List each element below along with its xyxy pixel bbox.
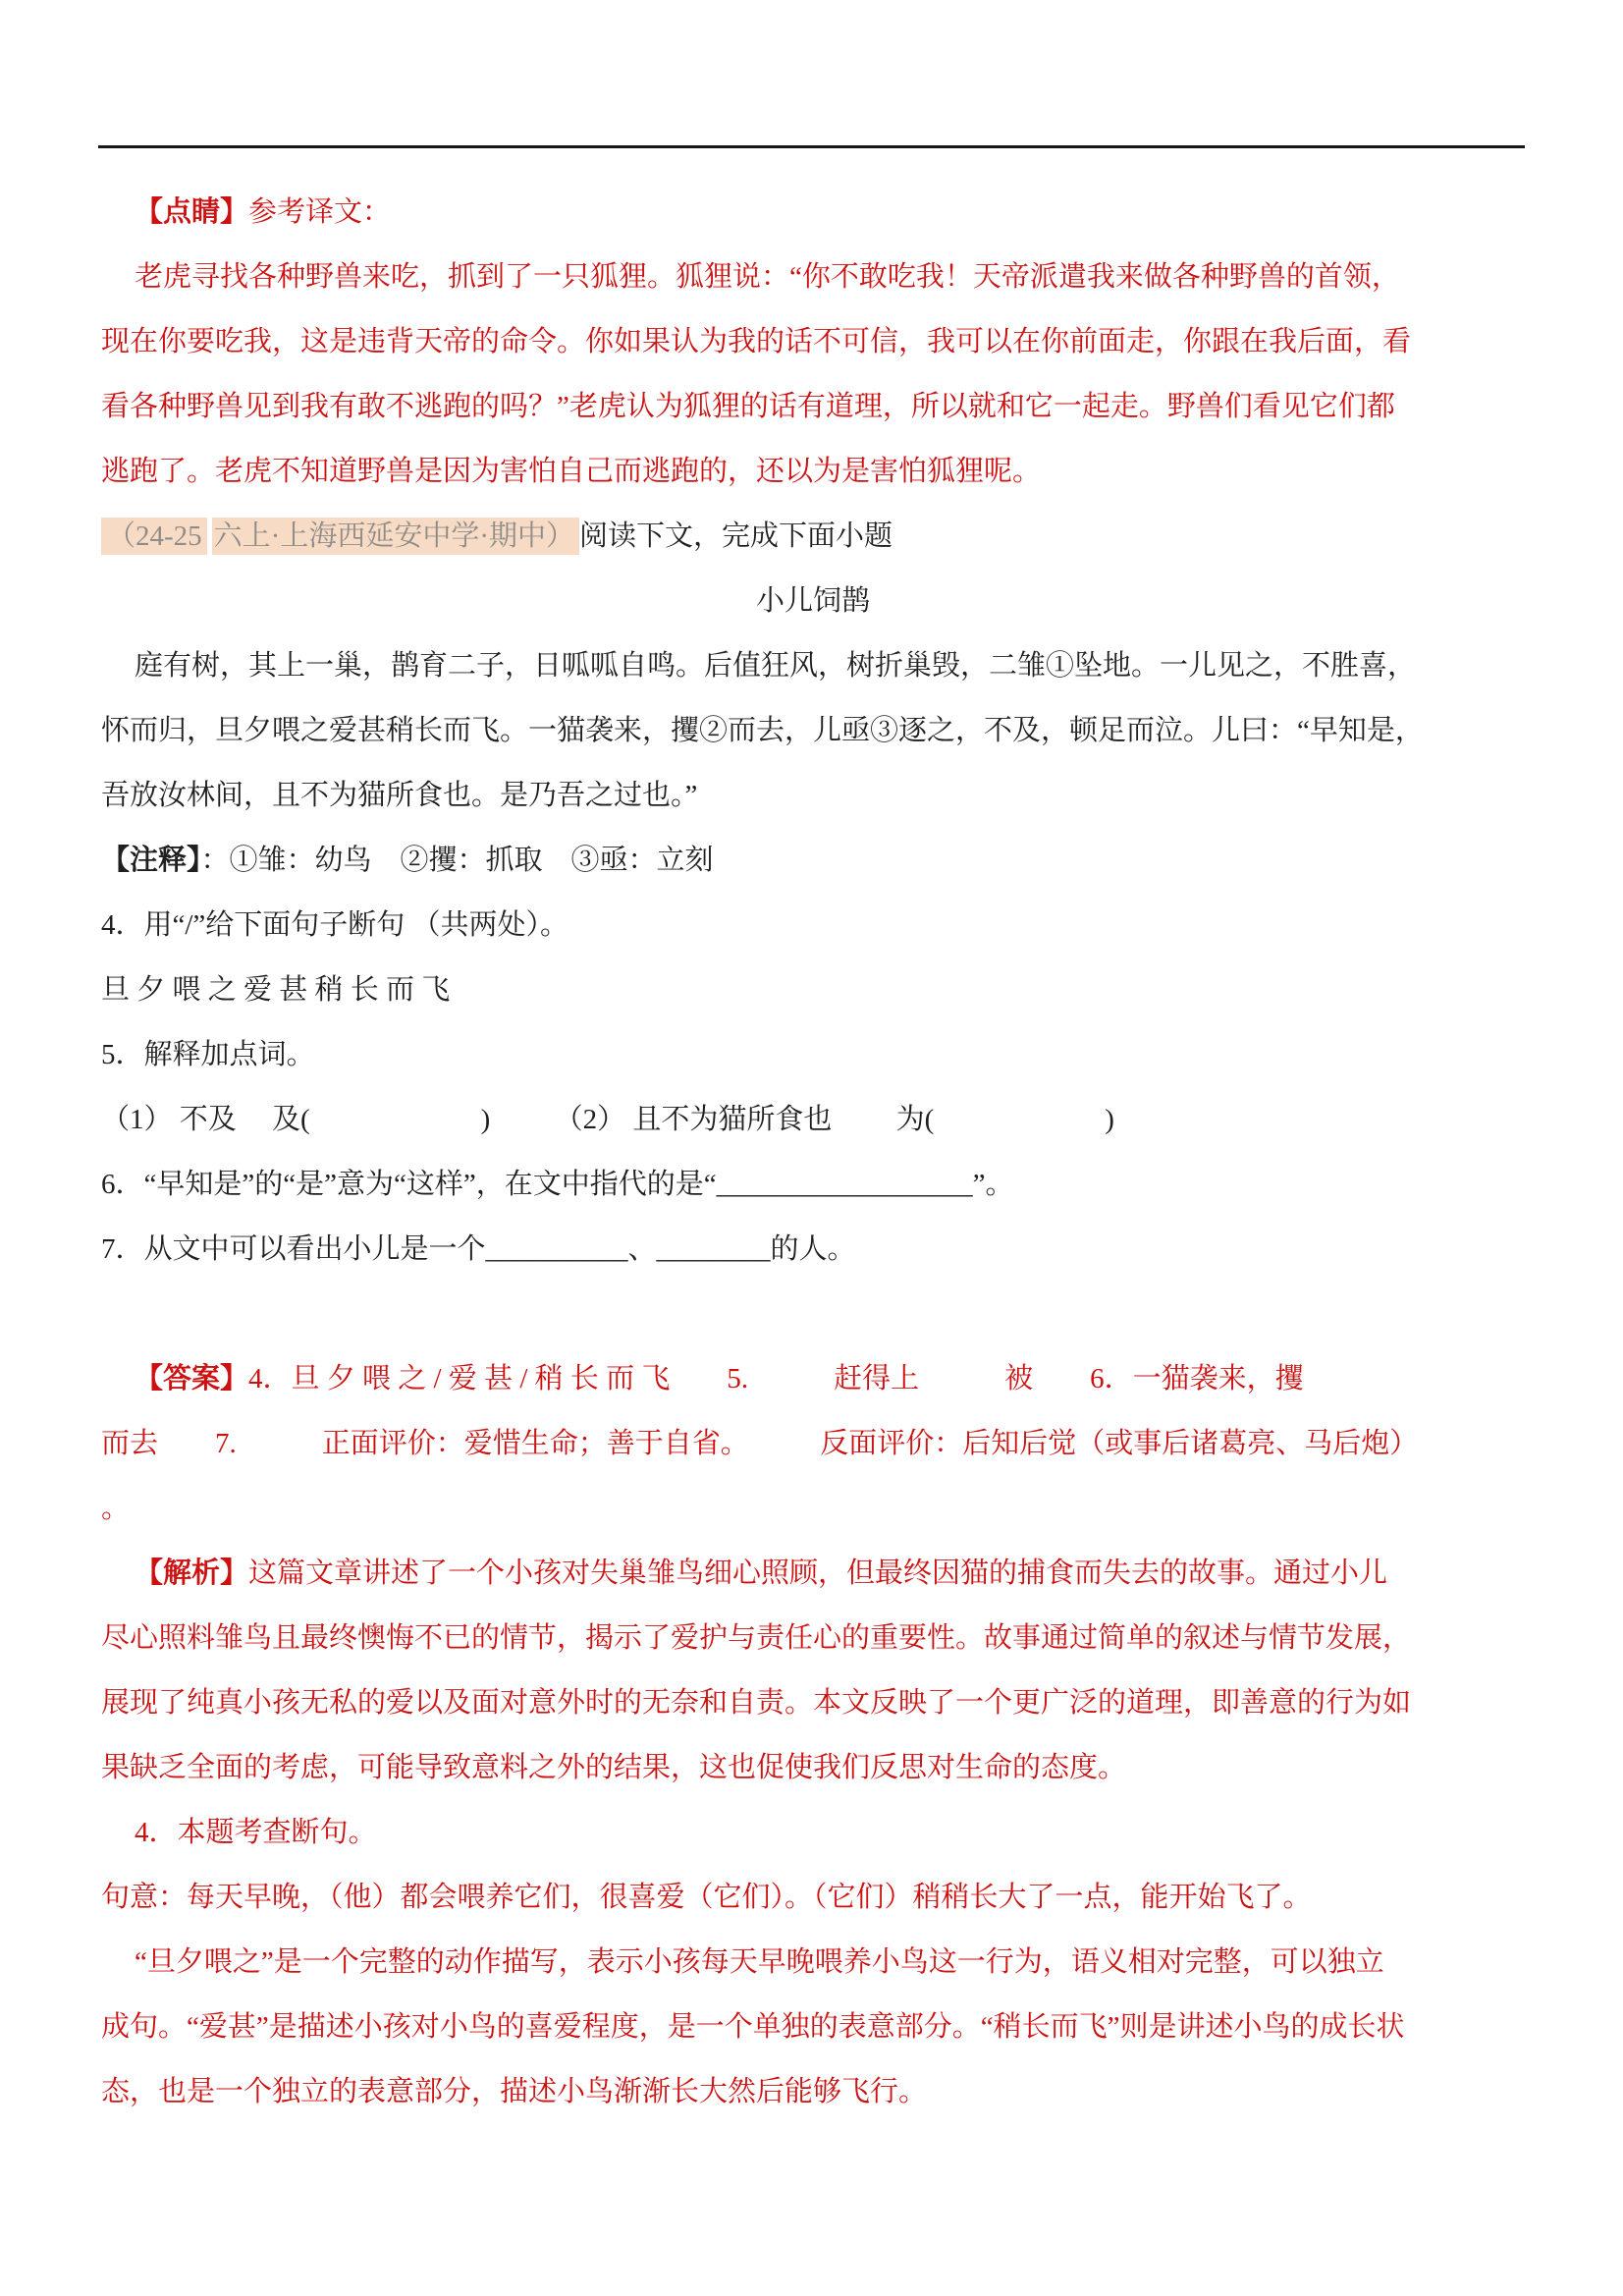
notes-line: 【注释】：①雏：幼鸟 ②攫：抓取 ③亟：立刻 [101, 828, 1525, 893]
translation-line-4: 逃跑了。老虎不知道野兽是因为害怕自己而逃跑的，还以为是害怕狐狸呢。 [101, 439, 1525, 504]
document-content: 【点睛】参考译文： 老虎寻找各种野兽来吃，抓到了一只狐狸。狐狸说：“你不敢吃我！… [101, 180, 1525, 2124]
answer-line-2: 而去 7. 正面评价：爱惜生命；善于自省。 反面评价：后知后觉（或事后诸葛亮、马… [101, 1411, 1525, 1476]
explanation-line-1: 句意：每天早晚，（他）都会喂养它们，很喜爱（它们）。（它们）稍稍长大了一点，能开… [101, 1865, 1525, 1930]
question-4: 4．用“/”给下面句子断句 （共两处）。 [101, 893, 1525, 957]
dianjing-intro: 参考译文： [248, 196, 391, 228]
question-6: 6．“早知是”的“是”意为“这样”，在文中指代的是“______________… [101, 1152, 1525, 1217]
analysis-line-4: 果缺乏全面的考虑，可能导致意料之外的结果，这也促使我们反思对生命的态度。 [101, 1735, 1525, 1800]
answer-line-1-text: 4．旦 夕 喂 之 / 爱 甚 / 稍 长 而 飞 5. 赶得上 被 6．一猫袭… [248, 1363, 1304, 1394]
translation-line-3: 看各种野兽见到我有敢不逃跑的吗？”老虎认为狐狸的话有道理，所以就和它一起走。野兽… [101, 374, 1525, 439]
question-4-sentence: 旦 夕 喂 之 爱 甚 稍 长 而 飞 [101, 957, 1525, 1022]
question-7: 7．从文中可以看出小儿是一个__________、________的人。 [101, 1217, 1525, 1282]
question-5: 5．解释加点词。 [101, 1022, 1525, 1087]
analysis-line-3: 展现了纯真小孩无私的爱以及面对意外时的无奈和自责。本文反映了一个更广泛的道理，即… [101, 1670, 1525, 1735]
explanation-line-2: “旦夕喂之”是一个完整的动作描写，表示小孩每天早晚喂养小鸟这一行为，语义相对完整… [101, 1930, 1525, 1995]
question-5-items: （1） 不及 及( ) （2） 且不为猫所食也 为( ) [101, 1087, 1525, 1152]
translation-line-1: 老虎寻找各种野兽来吃，抓到了一只狐狸。狐狸说：“你不敢吃我！天帝派遣我来做各种野… [101, 245, 1525, 309]
analysis-label: 【解析】 [135, 1558, 248, 1589]
answer-label: 【答案】 [135, 1363, 248, 1394]
source-tag-year: （24-25 [101, 518, 207, 555]
notes-text: ：①雏：幼鸟 ②攫：抓取 ③亟：立刻 [201, 845, 714, 876]
analysis-line-2: 尽心照料雏鸟且最终懊悔不已的情节，揭示了爱护与责任心的重要性。故事通过简单的叙述… [101, 1606, 1525, 1670]
blank-line [101, 1282, 1525, 1346]
dianjing-heading-line: 【点睛】参考译文： [101, 180, 1525, 245]
analysis-line-1: 【解析】这篇文章讲述了一个小孩对失巢雏鸟细心照顾，但最终因猫的捕食而失去的故事。… [101, 1541, 1525, 1606]
passage-title: 小儿饲鹊 [101, 569, 1525, 633]
exercise-instruction: 阅读下文，完成下面小题 [579, 520, 893, 552]
source-tag-school: 六上·上海西延安中学·期中） [212, 518, 579, 555]
document-page: 【点睛】参考译文： 老虎寻找各种野兽来吃，抓到了一只狐狸。狐狸说：“你不敢吃我！… [0, 0, 1623, 2296]
passage-line-1: 庭有树，其上一巢，鹊育二子，日呱呱自鸣。后值狂风，树折巢毁，二雏①坠地。一儿见之… [101, 633, 1525, 698]
explanation-q4-heading: 4．本题考查断句。 [101, 1800, 1525, 1865]
analysis-line-1-text: 这篇文章讲述了一个小孩对失巢雏鸟细心照顾，但最终因猫的捕食而失去的故事。通过小儿 [248, 1558, 1387, 1589]
translation-line-2: 现在你要吃我，这是违背天帝的命令。你如果认为我的话不可信，我可以在你前面走，你跟… [101, 309, 1525, 374]
source-tag-line: （24-25六上·上海西延安中学·期中）阅读下文，完成下面小题 [101, 504, 1525, 569]
passage-line-2: 怀而归，旦夕喂之爱甚稍长而飞。一猫袭来，攫②而去，儿亟③逐之，不及，顿足而泣。儿… [101, 698, 1525, 763]
passage-line-3: 吾放汝林间，且不为猫所食也。是乃吾之过也。” [101, 763, 1525, 828]
explanation-line-3: 成句。“爱甚”是描述小孩对小鸟的喜爱程度，是一个单独的表意部分。“稍长而飞”则是… [101, 1995, 1525, 2059]
dianjing-label: 【点睛】 [135, 196, 248, 228]
notes-label: 【注释】 [101, 845, 201, 876]
answer-line-3: 。 [101, 1476, 1525, 1541]
answer-line-1: 【答案】4．旦 夕 喂 之 / 爱 甚 / 稍 长 而 飞 5. 赶得上 被 6… [101, 1346, 1525, 1411]
explanation-line-4: 态，也是一个独立的表意部分，描述小鸟渐渐长大然后能够飞行。 [101, 2059, 1525, 2124]
page-header-divider [98, 145, 1525, 148]
